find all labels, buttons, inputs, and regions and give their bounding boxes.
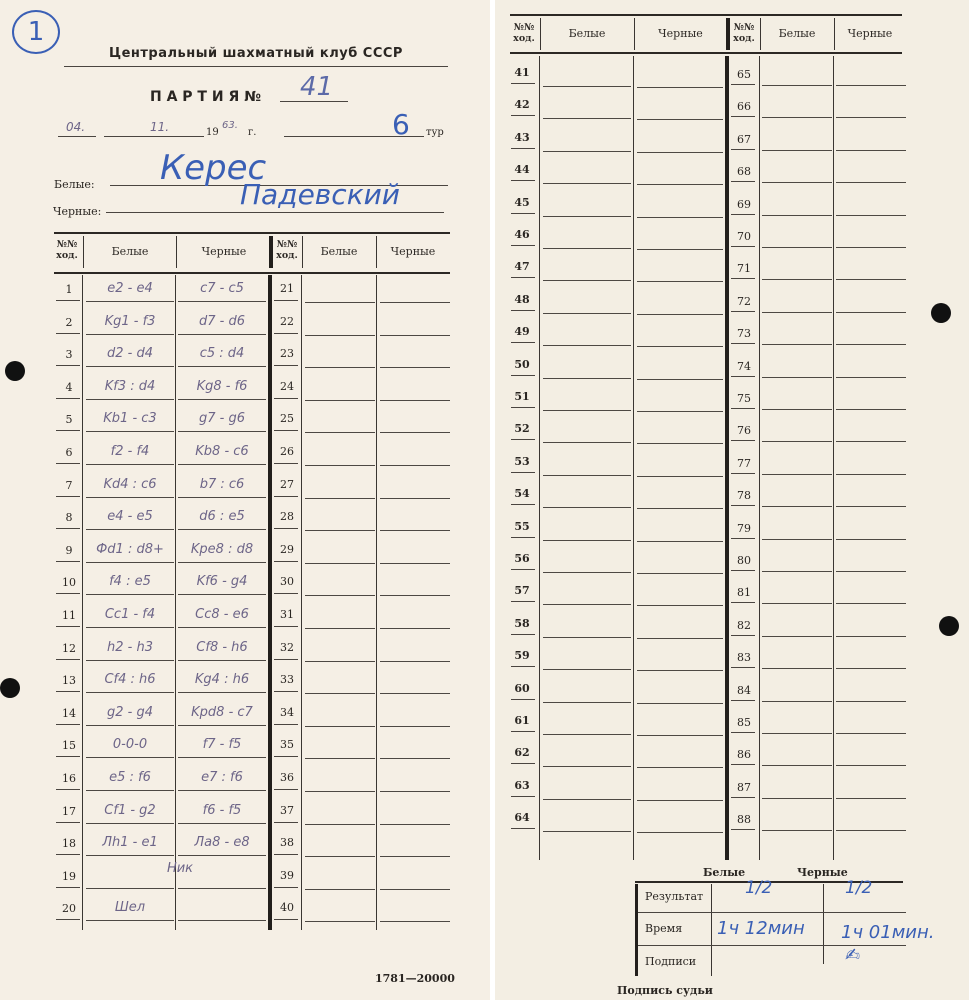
col-divider — [176, 236, 177, 268]
move-number: 74 — [731, 360, 757, 373]
white-move-line[interactable] — [543, 410, 631, 411]
judge-signature: ✍ — [845, 945, 860, 966]
move-number: 83 — [731, 651, 757, 664]
black-move-line[interactable] — [380, 465, 450, 466]
header-bottom-rule — [54, 272, 450, 274]
white-move-line[interactable] — [762, 247, 832, 248]
white-move-line[interactable] — [305, 432, 375, 433]
white-move: f2 - f4 — [86, 444, 174, 459]
white-move-line[interactable] — [543, 799, 631, 800]
black-move-line[interactable] — [637, 832, 723, 833]
move-number: 37 — [274, 804, 300, 817]
move-number-line — [511, 180, 535, 181]
move-number: 86 — [731, 748, 757, 761]
move-number-line — [274, 659, 298, 660]
move-number-line — [56, 561, 80, 562]
black-move-line[interactable] — [836, 182, 906, 183]
move-number-line — [274, 822, 298, 823]
move-number-line — [731, 408, 755, 409]
black-move-line[interactable] — [836, 441, 906, 442]
move-number: 77 — [731, 457, 757, 470]
black-move: Лa8 - e8 — [178, 835, 266, 850]
black-move-line — [178, 823, 266, 824]
col-divider — [83, 236, 84, 268]
white-move-line[interactable] — [305, 335, 375, 336]
header-black-2: Черные — [376, 245, 450, 258]
header-bottom-rule — [510, 52, 902, 54]
black-move-line[interactable] — [637, 735, 723, 736]
move-number-line — [511, 342, 535, 343]
black-move-line[interactable] — [836, 150, 906, 151]
move-number-line — [274, 528, 298, 529]
date-year-prefix: 19 — [206, 127, 219, 138]
black-move-line[interactable] — [836, 279, 906, 280]
move-number: 84 — [731, 684, 757, 697]
white-move-line[interactable] — [305, 856, 375, 857]
black-move-line[interactable] — [637, 508, 723, 509]
white-move-line[interactable] — [762, 279, 832, 280]
white-move: Cf4 : h6 — [86, 672, 174, 687]
move-number-line — [511, 277, 535, 278]
black-move-line[interactable] — [836, 830, 906, 831]
black-move-line[interactable] — [637, 379, 723, 380]
white-move-line[interactable] — [543, 734, 631, 735]
white-move: e4 - e5 — [86, 509, 174, 524]
black-move-line[interactable] — [637, 152, 723, 153]
header-move-no-2: №№ход. — [728, 22, 760, 44]
white-move-line — [86, 627, 174, 628]
move-number: 82 — [731, 619, 757, 632]
white-move-line[interactable] — [543, 572, 631, 573]
col-divider — [539, 56, 540, 860]
black-move-line[interactable] — [380, 693, 450, 694]
punch-hole — [939, 616, 959, 636]
move-number-line — [511, 796, 535, 797]
move-number-line — [511, 245, 535, 246]
black-move-line — [178, 334, 266, 335]
move-number: 78 — [731, 489, 757, 502]
col-divider — [633, 56, 634, 860]
move-number: 15 — [56, 739, 82, 752]
white-move-line — [86, 823, 174, 824]
white-move-line[interactable] — [762, 506, 832, 507]
black-move-line — [178, 790, 266, 791]
white-move-line[interactable] — [543, 151, 631, 152]
col-divider — [175, 275, 176, 930]
move-number: 65 — [731, 68, 757, 81]
move-number-line — [56, 822, 80, 823]
move-number: 76 — [731, 424, 757, 437]
black-move-line[interactable] — [637, 443, 723, 444]
black-move-line[interactable] — [637, 800, 723, 801]
move-number: 44 — [509, 163, 535, 176]
black-move-line[interactable] — [380, 400, 450, 401]
move-number: 39 — [274, 869, 300, 882]
move-number: 87 — [731, 781, 757, 794]
judge-signature-label: Подпись судьи — [617, 984, 713, 997]
white-move-line[interactable] — [543, 475, 631, 476]
header-black: Черные — [178, 245, 270, 258]
black-move-line[interactable] — [380, 758, 450, 759]
move-number: 54 — [509, 487, 535, 500]
black-move-line[interactable] — [380, 726, 450, 727]
move-number: 1 — [56, 283, 82, 296]
move-number: 70 — [731, 230, 757, 243]
header-move-no: №№ход. — [508, 22, 540, 44]
black-move-line[interactable] — [637, 767, 723, 768]
move-number-line — [731, 635, 755, 636]
black-move-line[interactable] — [836, 701, 906, 702]
white-move-line — [86, 562, 174, 563]
black-move-line[interactable] — [380, 889, 450, 890]
white-move-line[interactable] — [543, 345, 631, 346]
move-number: 51 — [509, 390, 535, 403]
black-move-line[interactable] — [637, 541, 723, 542]
white-move-line[interactable] — [543, 831, 631, 832]
white-move-line[interactable] — [543, 248, 631, 249]
black-move-line[interactable] — [380, 498, 450, 499]
black-move-line[interactable] — [380, 530, 450, 531]
black-move-line[interactable] — [637, 703, 723, 704]
white-move: g2 - g4 — [86, 705, 174, 720]
white-move-line[interactable] — [305, 758, 375, 759]
white-move-line[interactable] — [762, 571, 832, 572]
white-move-line[interactable] — [762, 344, 832, 345]
white-move-line[interactable] — [762, 215, 832, 216]
white-move-line[interactable] — [305, 791, 375, 792]
move-number: 38 — [274, 836, 300, 849]
white-move-line[interactable] — [543, 442, 631, 443]
black-move-line[interactable] — [637, 670, 723, 671]
white-move-line[interactable] — [305, 563, 375, 564]
black-move-line — [178, 399, 266, 400]
move-number: 21 — [274, 282, 300, 295]
white-move-line[interactable] — [305, 498, 375, 499]
white-move-line[interactable] — [762, 117, 832, 118]
col-divider — [376, 236, 377, 268]
white-move-line[interactable] — [305, 465, 375, 466]
move-number: 75 — [731, 392, 757, 405]
white-move-line[interactable] — [543, 313, 631, 314]
move-number: 35 — [274, 738, 300, 751]
scoresheet-page-right: №№ход. Белые Черные №№ход. Белые Черные … — [495, 0, 969, 1000]
move-number-line — [56, 300, 80, 301]
white-move-line[interactable] — [543, 280, 631, 281]
black-move-line[interactable] — [836, 798, 906, 799]
black-move: f7 - f5 — [178, 737, 266, 752]
white-move-line[interactable] — [543, 669, 631, 670]
black-move-line — [178, 757, 266, 758]
black-move-line[interactable] — [380, 595, 450, 596]
move-number: 28 — [274, 510, 300, 523]
move-number: 47 — [509, 260, 535, 273]
white-move-line[interactable] — [543, 216, 631, 217]
white-move-line[interactable] — [762, 539, 832, 540]
header-move-no: №№ход. — [52, 239, 82, 261]
move-number-line — [511, 83, 535, 84]
move-number-line — [56, 659, 80, 660]
player-signature: Ник — [150, 861, 210, 876]
white-move-line[interactable] — [762, 701, 832, 702]
black-move-line[interactable] — [836, 312, 906, 313]
white-label: Белые: — [54, 178, 95, 191]
move-number: 80 — [731, 554, 757, 567]
black-move-line[interactable] — [380, 661, 450, 662]
move-number-line — [731, 343, 755, 344]
move-number: 5 — [56, 413, 82, 426]
white-move-line[interactable] — [543, 378, 631, 379]
black-move-line[interactable] — [836, 539, 906, 540]
white-move: Фd1 : d8+ — [86, 542, 174, 557]
black-move-line[interactable] — [637, 184, 723, 185]
move-number-line — [511, 407, 535, 408]
move-number: 50 — [509, 358, 535, 371]
black-move-line[interactable] — [637, 314, 723, 315]
white-move-line[interactable] — [305, 530, 375, 531]
move-number: 31 — [274, 608, 300, 621]
black-move-line[interactable] — [637, 87, 723, 88]
black-move-line[interactable] — [836, 409, 906, 410]
white-move-line[interactable] — [543, 183, 631, 184]
white-move-line[interactable] — [543, 604, 631, 605]
black-move-line[interactable] — [836, 636, 906, 637]
move-number-line — [56, 789, 80, 790]
time-row-label: Время — [645, 922, 682, 935]
black-move-line[interactable] — [836, 474, 906, 475]
col-divider — [301, 275, 302, 930]
move-number-line — [511, 699, 535, 700]
white-move-line[interactable] — [305, 693, 375, 694]
white-move-line[interactable] — [543, 86, 631, 87]
black-move-line[interactable] — [836, 377, 906, 378]
white-move-line[interactable] — [762, 150, 832, 151]
white-move-line[interactable] — [762, 765, 832, 766]
move-number-line — [731, 149, 755, 150]
move-number: 69 — [731, 198, 757, 211]
move-number: 4 — [56, 381, 82, 394]
black-move-line[interactable] — [380, 921, 450, 922]
round-label: тур — [426, 127, 444, 138]
move-number-line — [274, 887, 298, 888]
move-number: 27 — [274, 478, 300, 491]
move-number-line — [511, 731, 535, 732]
white-move-line[interactable] — [762, 830, 832, 831]
black-move-line[interactable] — [637, 281, 723, 282]
white-move-line[interactable] — [762, 409, 832, 410]
black-move-line[interactable] — [637, 476, 723, 477]
black-move-line[interactable] — [637, 217, 723, 218]
black-move-line[interactable] — [380, 563, 450, 564]
club-title: Центральный шахматный клуб СССР — [64, 46, 448, 61]
white-move-line[interactable] — [543, 507, 631, 508]
black-move-line[interactable] — [380, 628, 450, 629]
move-number: 56 — [509, 552, 535, 565]
move-number: 57 — [509, 584, 535, 597]
move-number-line — [511, 537, 535, 538]
black-move-line[interactable] — [836, 765, 906, 766]
white-move-line[interactable] — [305, 302, 375, 303]
result-divider — [823, 884, 824, 964]
move-number: 20 — [56, 902, 82, 915]
white-move-line[interactable] — [762, 603, 832, 604]
white-move-line — [86, 334, 174, 335]
move-number: 23 — [274, 347, 300, 360]
move-number: 24 — [274, 380, 300, 393]
black-move-line[interactable] — [637, 573, 723, 574]
date-year-unit: г. — [248, 127, 256, 138]
white-move-line — [86, 497, 174, 498]
move-number-line — [731, 311, 755, 312]
white-move-line[interactable] — [305, 367, 375, 368]
round-line — [284, 136, 424, 137]
black-move: f6 - f5 — [178, 803, 266, 818]
white-move-line[interactable] — [543, 637, 631, 638]
black-move-line[interactable] — [637, 411, 723, 412]
result-row-label: Результат — [645, 890, 703, 903]
white-move-line — [86, 660, 174, 661]
move-number-line — [731, 700, 755, 701]
black-player-line — [106, 212, 444, 213]
white-move-line[interactable] — [305, 824, 375, 825]
move-number: 40 — [274, 901, 300, 914]
white-move: Cf1 - g2 — [86, 803, 174, 818]
move-number: 25 — [274, 412, 300, 425]
black-move-line[interactable] — [637, 249, 723, 250]
white-move-line[interactable] — [305, 726, 375, 727]
move-number: 59 — [509, 649, 535, 662]
white-move-line — [86, 594, 174, 595]
move-number-line — [511, 634, 535, 635]
black-move-line — [178, 301, 266, 302]
white-move-line[interactable] — [762, 441, 832, 442]
move-number-line — [274, 691, 298, 692]
move-number: 53 — [509, 455, 535, 468]
move-number: 64 — [509, 811, 535, 824]
white-move-line[interactable] — [305, 921, 375, 922]
col-divider — [760, 18, 761, 50]
black-move-line[interactable] — [637, 638, 723, 639]
white-move-line[interactable] — [543, 766, 631, 767]
white-move-line — [86, 399, 174, 400]
white-move-line[interactable] — [543, 118, 631, 119]
black-move-line[interactable] — [380, 856, 450, 857]
move-number-line — [56, 333, 80, 334]
black-move-line[interactable] — [380, 367, 450, 368]
move-number-line — [56, 528, 80, 529]
move-number: 32 — [274, 641, 300, 654]
white-move-line[interactable] — [762, 85, 832, 86]
move-number: 36 — [274, 771, 300, 784]
white-move-line[interactable] — [305, 661, 375, 662]
header-white: Белые — [84, 245, 176, 258]
white-move: Kd4 : c6 — [86, 477, 174, 492]
white-move-line[interactable] — [762, 377, 832, 378]
white-move-line — [86, 692, 174, 693]
black-move-line — [178, 725, 266, 726]
white-move-line[interactable] — [762, 312, 832, 313]
black-move-line[interactable] — [380, 335, 450, 336]
white-move-line[interactable] — [305, 628, 375, 629]
white-move-line[interactable] — [305, 889, 375, 890]
white-move: d2 - d4 — [86, 346, 174, 361]
white-move-line — [86, 366, 174, 367]
black-move-line[interactable] — [836, 571, 906, 572]
black-move-line[interactable] — [380, 432, 450, 433]
black-move-line[interactable] — [380, 791, 450, 792]
move-number-line — [511, 310, 535, 311]
result-divider — [711, 884, 712, 976]
game-number: 41 — [300, 72, 333, 102]
header-move-no-2: №№ход. — [272, 239, 302, 261]
white-move-line[interactable] — [305, 400, 375, 401]
move-number: 34 — [274, 706, 300, 719]
move-number-line — [56, 463, 80, 464]
black-move-line — [178, 464, 266, 465]
move-number: 72 — [731, 295, 757, 308]
move-number: 19 — [56, 870, 82, 883]
move-number-line — [731, 246, 755, 247]
move-number-line — [511, 763, 535, 764]
col-divider — [82, 275, 83, 930]
black-move-line[interactable] — [637, 605, 723, 606]
punch-hole — [0, 678, 20, 698]
white-move-line[interactable] — [762, 798, 832, 799]
black-move-line[interactable] — [836, 215, 906, 216]
black-move-line[interactable] — [836, 668, 906, 669]
white-move-line[interactable] — [543, 540, 631, 541]
result-col-white: Белые — [703, 866, 745, 879]
black-move: Kf6 - g4 — [178, 574, 266, 589]
move-number: 49 — [509, 325, 535, 338]
result-col-black: Черные — [797, 866, 848, 879]
white-move: Лh1 - e1 — [86, 835, 174, 850]
black-move-line[interactable] — [836, 733, 906, 734]
move-number: 63 — [509, 779, 535, 792]
white-move-line[interactable] — [762, 636, 832, 637]
black-move-line — [178, 855, 266, 856]
black-move-line[interactable] — [380, 302, 450, 303]
move-number: 52 — [509, 422, 535, 435]
col-divider — [302, 236, 303, 268]
move-number-line — [274, 333, 298, 334]
black-move-line[interactable] — [836, 344, 906, 345]
black-move-line[interactable] — [637, 346, 723, 347]
black-move-line[interactable] — [836, 85, 906, 86]
col-divider — [634, 18, 635, 50]
black-move-line[interactable] — [836, 117, 906, 118]
col-divider-thick — [269, 236, 273, 268]
move-number: 42 — [509, 98, 535, 111]
white-move-line[interactable] — [762, 474, 832, 475]
move-number: 61 — [509, 714, 535, 727]
black-move-line[interactable] — [380, 824, 450, 825]
white-move-line[interactable] — [305, 595, 375, 596]
white-move-line[interactable] — [762, 182, 832, 183]
white-move-line[interactable] — [762, 733, 832, 734]
black-move-line — [178, 594, 266, 595]
white-move-line[interactable] — [762, 668, 832, 669]
white-move-line[interactable] — [543, 702, 631, 703]
black-move-line[interactable] — [836, 247, 906, 248]
move-number-line — [274, 300, 298, 301]
circled-sheet-number: 1 — [12, 10, 60, 54]
black-move-line[interactable] — [637, 119, 723, 120]
black-move-line[interactable] — [836, 506, 906, 507]
move-number-line — [274, 398, 298, 399]
black-move-line[interactable] — [836, 603, 906, 604]
move-number-line — [731, 505, 755, 506]
move-number-line — [731, 570, 755, 571]
